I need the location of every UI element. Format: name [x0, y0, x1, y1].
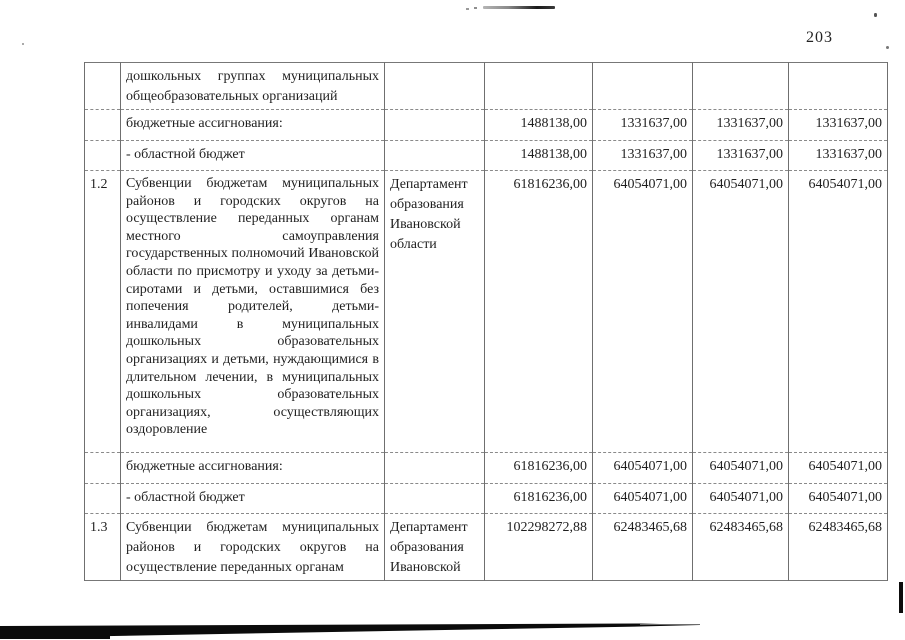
amount-cell	[789, 63, 888, 110]
amount-cell	[485, 63, 593, 110]
budget-table: дошкольных группах муниципальных общеобр…	[84, 62, 888, 581]
scanned-document-page: 203 дошкольных группах муниципальных общ…	[0, 0, 905, 640]
row-number-cell	[85, 110, 121, 141]
scan-speck	[886, 46, 889, 49]
amount-cell: 61816236,00	[485, 453, 593, 484]
row-number-cell: 1.3	[85, 514, 121, 581]
amount-cell: 1331637,00	[789, 141, 888, 171]
table-row: бюджетные ассигнования: 61816236,00 6405…	[85, 453, 888, 484]
table-row: - областной бюджет 1488138,00 1331637,00…	[85, 141, 888, 171]
executor-cell	[385, 110, 485, 141]
table-row: бюджетные ассигнования: 1488138,00 13316…	[85, 110, 888, 141]
amount-cell: 61816236,00	[485, 484, 593, 514]
amount-cell: 64054071,00	[693, 453, 789, 484]
amount-cell: 64054071,00	[593, 171, 693, 453]
amount-cell: 1331637,00	[593, 141, 693, 171]
executor-cell: Департамент образования Ивановской облас…	[385, 171, 485, 453]
amount-cell: 64054071,00	[789, 171, 888, 453]
scan-speck	[874, 13, 877, 17]
row-number-cell	[85, 63, 121, 110]
amount-cell: 102298272,88	[485, 514, 593, 581]
amount-cell: 62483465,68	[593, 514, 693, 581]
description-cell: бюджетные ассигнования:	[121, 110, 385, 141]
description-cell: Субвенции бюджетам муниципальных районов…	[121, 514, 385, 581]
amount-cell: 1488138,00	[485, 110, 593, 141]
table-row: 1.3 Субвенции бюджетам муниципальных рай…	[85, 514, 888, 581]
row-number-cell	[85, 453, 121, 484]
table-row: - областной бюджет 61816236,00 64054071,…	[85, 484, 888, 514]
page-number: 203	[806, 29, 833, 47]
executor-cell: Департамент образования Ивановской	[385, 514, 485, 581]
amount-cell: 64054071,00	[693, 171, 789, 453]
scan-speck	[22, 43, 24, 45]
scan-speck	[474, 7, 477, 9]
amount-cell: 62483465,68	[789, 514, 888, 581]
scan-speck	[466, 8, 469, 10]
amount-cell: 64054071,00	[593, 453, 693, 484]
amount-cell: 1331637,00	[693, 141, 789, 171]
scan-artifact-right-bar	[899, 582, 903, 613]
scan-smudge-top	[483, 6, 555, 9]
description-cell: - областной бюджет	[121, 484, 385, 514]
amount-cell: 61816236,00	[485, 171, 593, 453]
amount-cell	[693, 63, 789, 110]
amount-cell: 1331637,00	[593, 110, 693, 141]
amount-cell: 62483465,68	[693, 514, 789, 581]
amount-cell: 1488138,00	[485, 141, 593, 171]
amount-cell: 1331637,00	[693, 110, 789, 141]
amount-cell: 64054071,00	[789, 484, 888, 514]
table-row: дошкольных группах муниципальных общеобр…	[85, 63, 888, 110]
amount-cell: 64054071,00	[789, 453, 888, 484]
scan-artifact-bottom-wedge	[0, 610, 905, 640]
description-cell: Субвенции бюджетам муниципальных районов…	[121, 171, 385, 453]
row-number-cell: 1.2	[85, 171, 121, 453]
row-number-cell	[85, 484, 121, 514]
amount-cell: 64054071,00	[693, 484, 789, 514]
amount-cell: 1331637,00	[789, 110, 888, 141]
executor-cell	[385, 141, 485, 171]
executor-cell	[385, 63, 485, 110]
executor-cell	[385, 453, 485, 484]
amount-cell	[593, 63, 693, 110]
description-cell: бюджетные ассигнования:	[121, 453, 385, 484]
row-number-cell	[85, 141, 121, 171]
description-cell: - областной бюджет	[121, 141, 385, 171]
description-cell: дошкольных группах муниципальных общеобр…	[121, 63, 385, 110]
table-row: 1.2 Субвенции бюджетам муниципальных рай…	[85, 171, 888, 453]
executor-cell	[385, 484, 485, 514]
amount-cell: 64054071,00	[593, 484, 693, 514]
